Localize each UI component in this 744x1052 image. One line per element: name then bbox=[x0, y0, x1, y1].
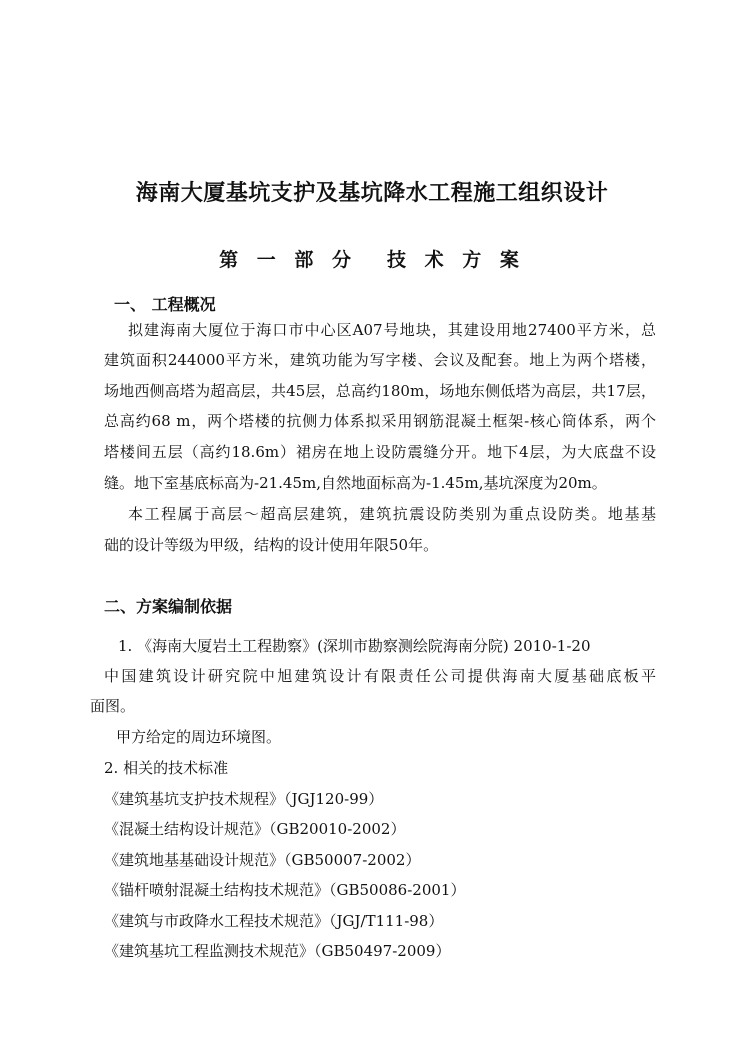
paragraph-line: 场地西侧高塔为超高层，共45层，总高约180m，场地东侧低塔为高层，共17层， bbox=[104, 381, 656, 401]
document-title: 海南大厦基坑支护及基坑降水工程施工组织设计 bbox=[0, 176, 744, 207]
standard-item: 《建筑与市政降水工程技术规范》（JGJ/T111-98） bbox=[104, 911, 443, 931]
part-name: 技 术 方 案 bbox=[387, 245, 525, 272]
basis-item-1: 1. 《海南大厦岩土工程勘察》(深圳市勘察测绘院海南分院) 2010-1-20 bbox=[118, 636, 591, 656]
paragraph-line: 拟建海南大厦位于海口市中心区A07号地块，其建设用地27400平方米，总 bbox=[128, 320, 656, 340]
paragraph-line: 础的设计等级为甲级，结构的设计使用年限50年。 bbox=[104, 535, 656, 555]
section-heading-overview: 一、 工程概况 bbox=[114, 292, 216, 315]
standard-item: 《建筑基坑工程监测技术规范》（GB50497-2009） bbox=[104, 941, 450, 961]
basis-item-drawing-line: 中国建筑设计研究院中旭建筑设计有限责任公司提供海南大厦基础底板平 bbox=[104, 666, 656, 686]
paragraph-line: 塔楼间五层（高约18.6m）裙房在地上设防震缝分开。地下4层，为大底盘不设 bbox=[104, 442, 656, 462]
paragraph-line: 建筑面积244000平方米，建筑功能为写字楼、会议及配套。地上为两个塔楼， bbox=[104, 350, 656, 370]
paragraph-line: 本工程属于高层～超高层建筑，建筑抗震设防类别为重点设防类。地基基 bbox=[128, 504, 656, 524]
basis-item-drawing-line: 面图。 bbox=[90, 696, 135, 716]
basis-item-environment: 甲方给定的周边环境图。 bbox=[116, 727, 281, 747]
paragraph-line: 总高约68 m，两个塔楼的抗侧力体系拟采用钢筋混凝土框架-核心筒体系，两个 bbox=[104, 411, 656, 431]
paragraph-line: 缝。地下室基底标高为-21.45m,自然地面标高为-1.45m,基坑深度为20m… bbox=[104, 473, 656, 493]
part-heading: 第 一 部 分技 术 方 案 bbox=[0, 245, 744, 272]
standard-item: 《建筑地基基础设计规范》（GB50007-2002） bbox=[104, 850, 420, 870]
standard-item: 《锚杆喷射混凝土结构技术规范》（GB50086-2001） bbox=[104, 880, 465, 900]
part-number: 第 一 部 分 bbox=[219, 245, 357, 272]
basis-item-2: 2. 相关的技术标准 bbox=[104, 758, 228, 778]
standard-item: 《建筑基坑支护技术规程》（JGJ120-99） bbox=[104, 789, 383, 809]
standard-item: 《混凝土结构设计规范》（GB20010-2002） bbox=[104, 819, 405, 839]
document-page: 海南大厦基坑支护及基坑降水工程施工组织设计 第 一 部 分技 术 方 案 一、 … bbox=[0, 0, 744, 1052]
section-heading-basis: 二、方案编制依据 bbox=[104, 594, 232, 617]
